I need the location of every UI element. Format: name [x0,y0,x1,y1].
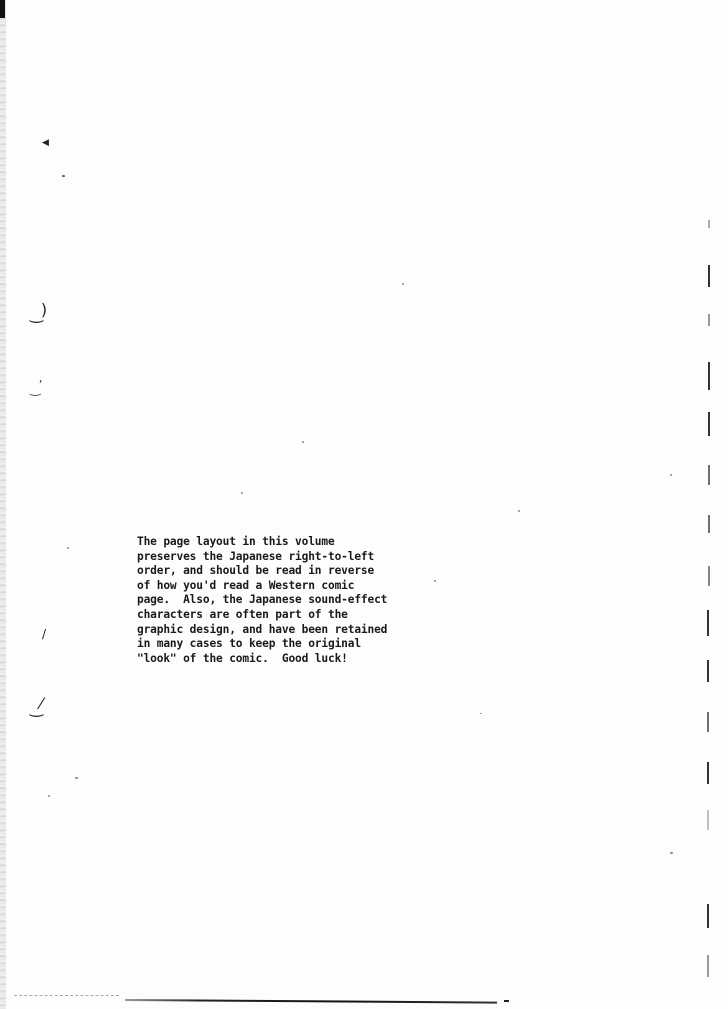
note-line: characters are often part of the [137,608,348,621]
margin-tick [707,810,709,830]
scan-speck [62,175,65,177]
scan-speck [48,795,50,797]
scan-bottom-rule [125,999,497,1004]
note-line: graphic design, and have been retained [137,623,387,636]
binding-hole-mark-icon: ‿) [30,306,49,322]
margin-tick [707,660,709,682]
binding-tick-icon: / [42,628,46,640]
scanned-page: ◀ ‿) ‿’ / ‿⁄ The page layout in this vol… [0,0,728,1009]
margin-tick [707,955,709,977]
scan-speck [402,283,404,285]
margin-tick [708,515,710,533]
margin-tick [707,712,709,732]
scan-speck [241,492,243,494]
scan-edge-shadow [0,0,6,1009]
margin-tick [708,265,710,287]
scan-speck [434,580,436,582]
note-line: in many cases to keep the original [137,637,361,650]
scan-bottom-mark [504,1000,509,1002]
margin-tick [708,362,710,390]
scan-speck [670,474,672,476]
note-line: of how you'd read a Western comic [137,579,354,592]
margin-tick [708,465,710,485]
binding-mark-icon: ◀ [42,139,49,148]
scan-speck [518,510,520,512]
scan-speck [75,777,78,779]
margin-tick [707,762,709,784]
margin-tick [707,904,709,928]
note-line: The page layout in this volume [137,535,335,548]
margin-tick [708,314,710,326]
reading-direction-note: The page layout in this volume preserves… [137,535,387,666]
note-line: page. Also, the Japanese sound-effect [137,593,387,606]
binding-hole-mark-icon: ‿⁄ [30,700,46,716]
binding-hole-mark-icon: ‿’ [30,383,45,396]
scan-speck [480,713,482,714]
note-line: "look" of the comic. Good luck! [137,652,348,665]
scan-speck [670,852,673,854]
scan-speck [302,441,304,443]
scan-bottom-dash [14,995,119,997]
margin-tick [708,566,710,586]
margin-tick [708,220,710,228]
note-line: preserves the Japanese right-to-left [137,550,374,563]
scan-edge-corner [0,0,5,18]
note-line: order, and should be read in reverse [137,564,374,577]
scan-speck [67,547,69,549]
margin-tick [708,412,710,436]
margin-tick [707,610,709,636]
